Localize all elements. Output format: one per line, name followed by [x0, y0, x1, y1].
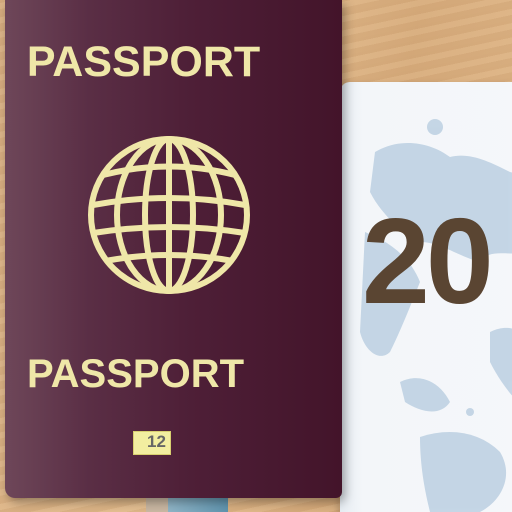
cover-title-bottom: PASSPORT [0, 352, 304, 397]
cover-title-top: PASSPORT [0, 38, 312, 87]
globe-emblem-icon [85, 133, 253, 297]
passport-cover[interactable]: PASSPORT PASSPORT 12 [5, 0, 342, 498]
page-number: 20 [362, 200, 490, 322]
biometric-chip-icon: 12 [133, 431, 171, 455]
